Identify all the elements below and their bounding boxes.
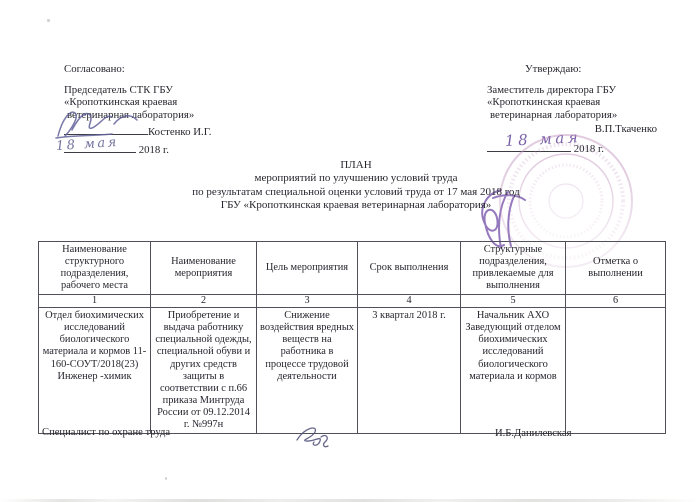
agreed-org-line: «Кропоткинская краевая (64, 96, 279, 109)
signature-danilevskaya (290, 423, 338, 451)
agreed-signature-row: Костенко И.Г. (64, 123, 279, 137)
date-line (64, 141, 136, 153)
cell-responsible: Начальник АХО Заведующий отделом биохими… (461, 308, 566, 434)
cell-goal: Снижение воздействия вредных веществ на … (257, 308, 358, 434)
header-cell: Цель мероприятия (257, 242, 358, 295)
approved-signer-row: В.П.Ткаченко (487, 123, 663, 136)
column-number: 2 (151, 295, 257, 308)
scan-speck (47, 19, 50, 22)
cell-department: Отдел биохимических исследований биологи… (39, 308, 151, 434)
footer-signer: И.Б.Данилевская (495, 428, 572, 439)
header-cell: Структурные подразделения, привлекаемые … (461, 242, 566, 295)
title-line-2: мероприятий по улучшению условий труда (0, 172, 700, 185)
table-row: Отдел биохимических исследований биологи… (39, 308, 666, 434)
approved-date-row: 18 мая 2018 г. (487, 140, 663, 156)
scanned-document-page: { "document": { "agreed": { "label": "Со… (0, 0, 700, 502)
agreed-block: Согласовано: Председатель СТК ГБУ «Кропо… (64, 63, 279, 157)
agreed-year: 2018 г. (139, 144, 169, 156)
agreed-date-row: 18 мая 2018 г. (64, 141, 279, 157)
date-line (487, 140, 571, 152)
cell-completion-mark (566, 308, 666, 434)
column-number-row: 1 2 3 4 5 6 (39, 295, 666, 308)
title-line-1: ПЛАН (0, 159, 700, 172)
column-number: 1 (39, 295, 151, 308)
agreed-org-line: Председатель СТК ГБУ (64, 84, 279, 97)
agreed-signer: Костенко И.Г. (148, 126, 211, 138)
plan-table: Наименование структурного подразделения,… (38, 241, 666, 434)
agreed-org-line: ветеринарная лаборатория» (67, 109, 279, 122)
cell-deadline: 3 квартал 2018 г. (358, 308, 461, 434)
header-cell: Наименование структурного подразделения,… (39, 242, 151, 295)
document-title: ПЛАН мероприятий по улучшению условий тр… (0, 159, 700, 213)
column-number: 6 (566, 295, 666, 308)
header-cell: Наименование мероприятия (151, 242, 257, 295)
title-line-3: по результатам специальной оценки услови… (0, 186, 700, 199)
header-cell: Срок выполнения (358, 242, 461, 295)
approved-org-line: «Кропоткинская краевая (487, 96, 663, 109)
column-number: 3 (257, 295, 358, 308)
column-number: 4 (358, 295, 461, 308)
column-number: 5 (461, 295, 566, 308)
approved-org-line: ветеринарная лаборатория» (490, 109, 663, 122)
table-header-row: Наименование структурного подразделения,… (39, 242, 666, 295)
footer-position-label: Специалист по охране труда (42, 427, 170, 438)
approved-block: Утверждаю: Заместитель директора ГБУ «Кр… (487, 63, 663, 156)
footer-row: Специалист по охране труда И.Б.Данилевск… (0, 427, 700, 453)
approved-org-line: Заместитель директора ГБУ (487, 84, 663, 97)
approved-label: Утверждаю: (525, 63, 663, 76)
cell-measure: Приобретение и выдача работнику специаль… (151, 308, 257, 434)
approved-signer: В.П.Ткаченко (595, 123, 657, 135)
signature-line (64, 123, 148, 135)
approved-year: 2018 г. (574, 143, 604, 155)
scan-speck (165, 477, 167, 480)
title-line-4: ГБУ «Кропоткинская краевая ветеринарная … (0, 199, 700, 212)
agreed-label: Согласовано: (64, 63, 279, 76)
header-cell: Отметка о выполнении (566, 242, 666, 295)
